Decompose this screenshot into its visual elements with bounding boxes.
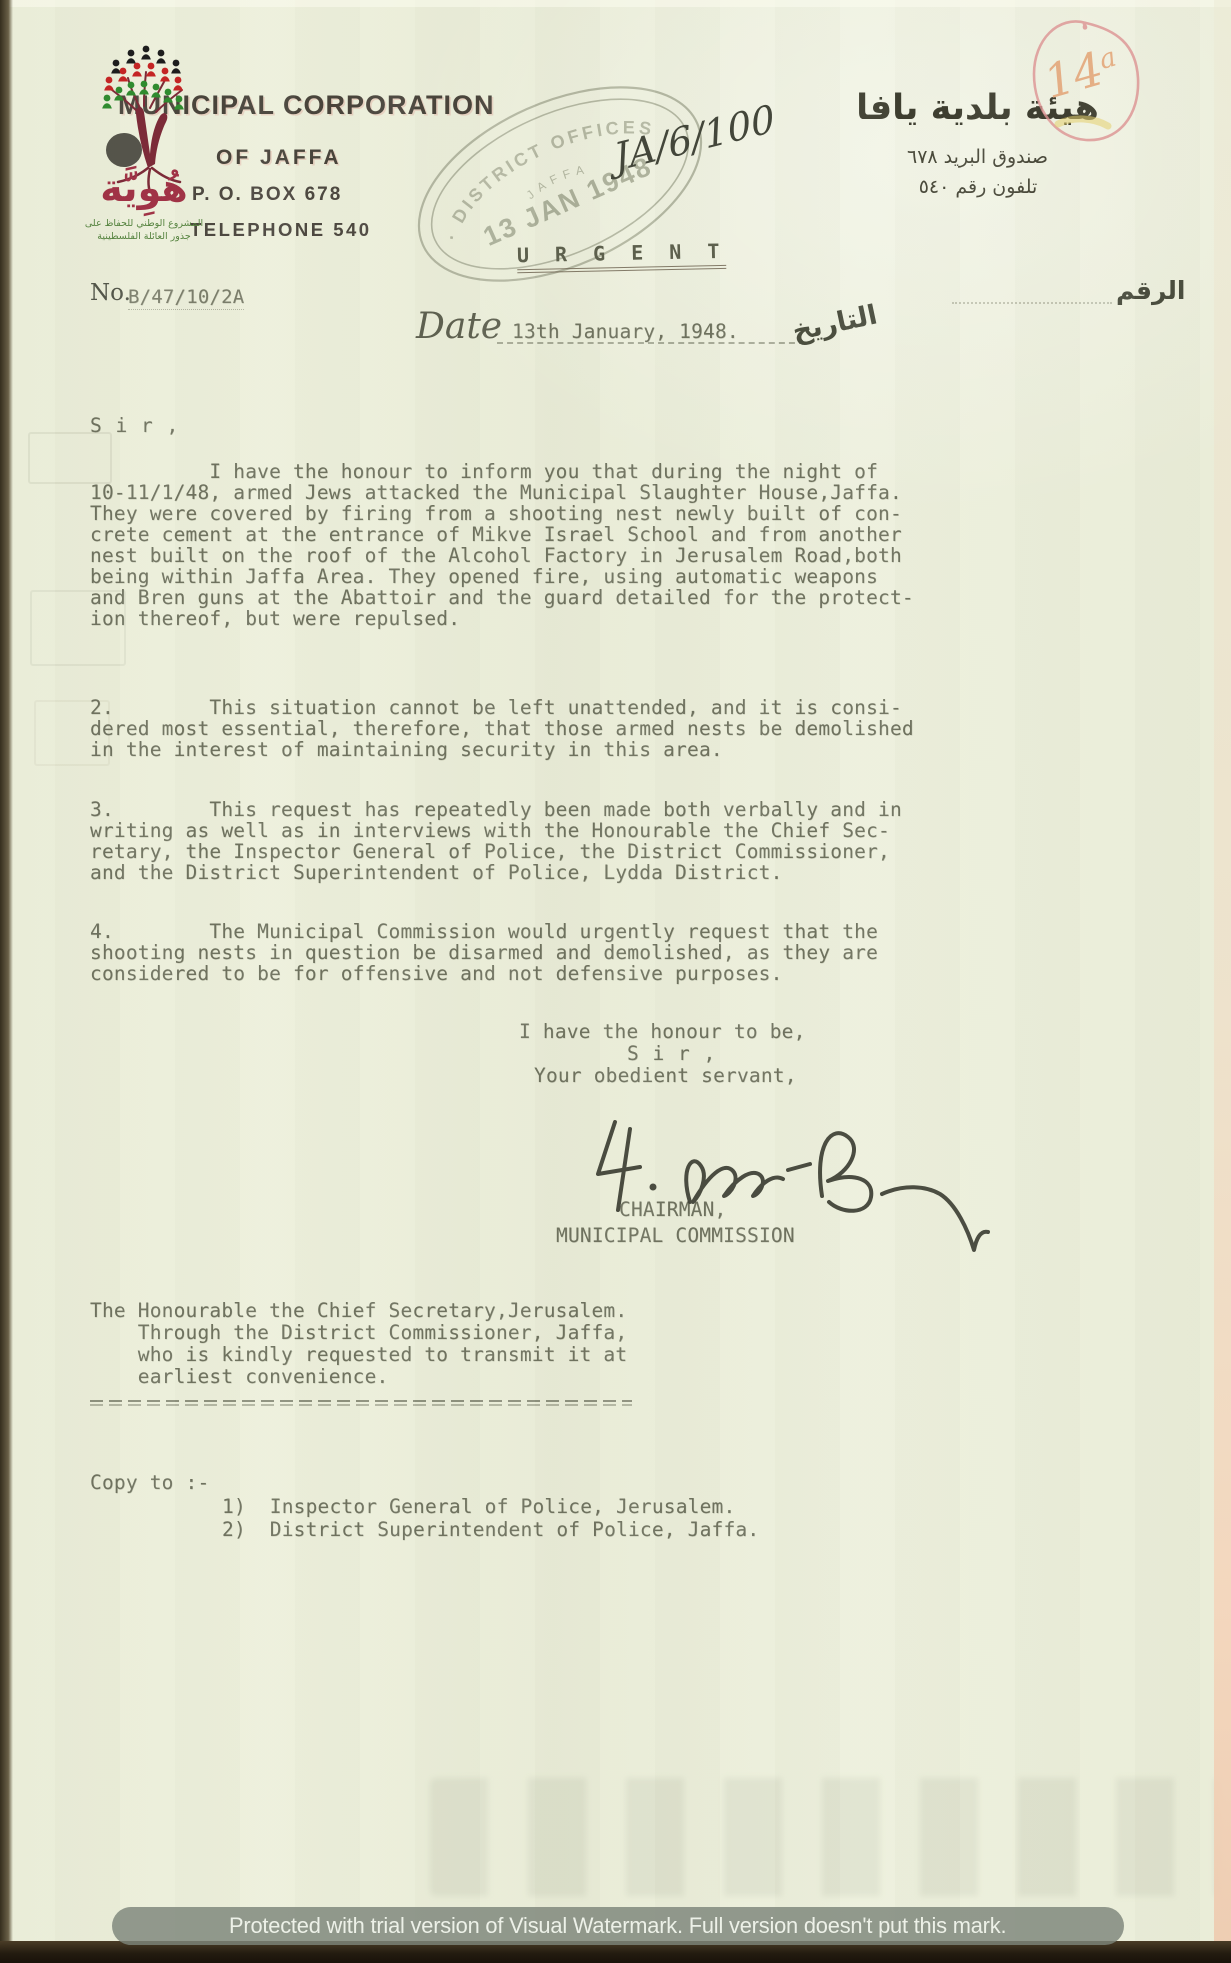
logo-wordmark-arabic: هُوِيَّة: [78, 166, 210, 210]
scanned-letter-page: هُوِيَّة المشروع الوطني للحفاظ على جذور …: [0, 0, 1231, 1963]
visual-watermark-text: Protected with trial version of Visual W…: [229, 1913, 1006, 1939]
salutation: S i r ,: [90, 415, 179, 436]
folio-annotation: 14a: [1020, 14, 1155, 154]
separator-line: [90, 1404, 632, 1406]
letterhead-po-box: P. O. BOX 678: [192, 184, 342, 206]
date-value: 13th January, 1948.: [512, 321, 739, 342]
scan-edge-right: [1214, 0, 1231, 1963]
date-label-arabic: التاريخ: [790, 299, 880, 347]
body-paragraph-2: 2. This situation cannot be left unatten…: [90, 697, 914, 760]
closing-line-2: S i r ,: [627, 1043, 716, 1064]
body-paragraph-1: I have the honour to inform you that dur…: [90, 461, 914, 629]
date-label: Date: [416, 306, 502, 347]
addressee-block: The Honourable the Chief Secretary,Jerus…: [90, 1300, 627, 1388]
scan-edge-left: [0, 0, 13, 1963]
closing-line-1: I have the honour to be,: [519, 1021, 806, 1042]
body-paragraph-4: 4. The Municipal Commission would urgent…: [90, 921, 878, 984]
tree-of-people-icon: [78, 50, 210, 170]
copy-to-list: 1) Inspector General of Police, Jerusale…: [222, 1495, 759, 1541]
body-paragraph-3: 3. This request has repeatedly been made…: [90, 799, 902, 883]
letterhead-telephone-arabic: تلفون رقم ٥٤٠: [888, 176, 1068, 198]
logo-tagline-line1: المشروع الوطني للحفاظ على: [78, 218, 210, 230]
visual-watermark-banner: Protected with trial version of Visual W…: [112, 1907, 1124, 1945]
ref-no-leader-line: [952, 284, 1112, 304]
signatory-title-2: MUNICIPAL COMMISSION: [556, 1225, 795, 1246]
hawiya-logo: هُوِيَّة المشروع الوطني للحفاظ على جذور …: [78, 50, 210, 250]
signatory-title-1: CHAIRMAN,: [619, 1199, 726, 1220]
separator-line: [90, 1400, 632, 1402]
ghost-showthrough-print: [430, 1778, 1220, 1896]
copy-to-label: Copy to :-: [90, 1472, 209, 1493]
closing-line-3: Your obedient servant,: [534, 1065, 797, 1086]
letterhead-telephone: TELEPHONE 540: [190, 219, 372, 241]
ref-no-label-arabic: الرقم: [1116, 276, 1185, 305]
urgent-marking: U R G E N T: [517, 239, 727, 273]
letterhead-org-city: OF JAFFA: [216, 146, 342, 170]
logo-tagline-line2: جذور العائلة الفلسطينية: [78, 231, 210, 243]
ref-no-label: No.: [90, 280, 131, 306]
ref-no-value: B/47/10/2A: [128, 287, 244, 310]
scan-edge-top: [0, 0, 1231, 7]
